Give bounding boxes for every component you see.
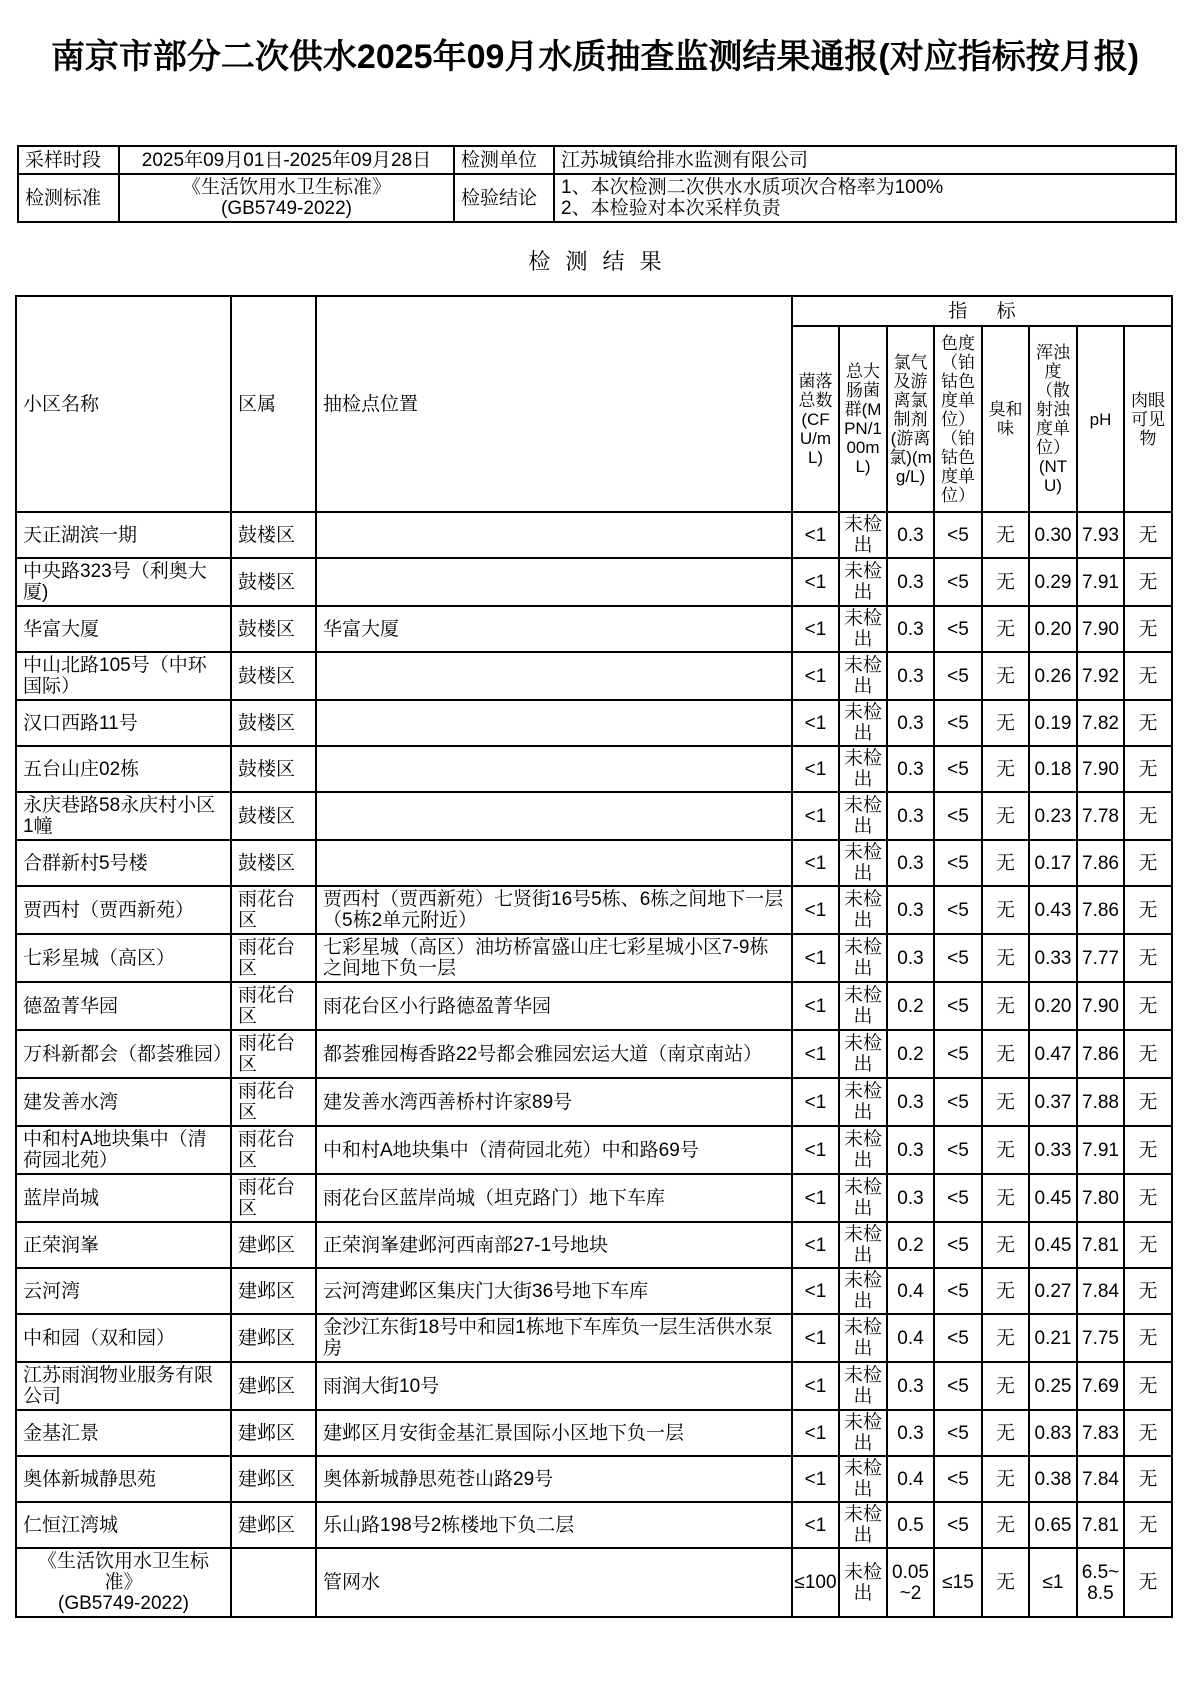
- community-name-cell: 天正湖滨一期: [16, 512, 231, 558]
- testing-agency-label: 检测单位: [454, 146, 554, 174]
- indicator-value-cell: <5: [934, 1410, 982, 1456]
- location-cell: [316, 746, 792, 792]
- indicator-value-cell: 0.3: [887, 1410, 934, 1456]
- indicator-value-cell: 无: [1124, 1410, 1172, 1456]
- community-name-cell: 华富大厦: [16, 606, 231, 652]
- results-table: 小区名称 区属 抽检点位置 指 标 菌落总数(CFU/mL)总大肠菌群(MPN/…: [15, 295, 1173, 1618]
- indicator-value-cell: 未检出: [839, 934, 887, 982]
- community-name-cell: 中山北路105号（中环国际）: [16, 652, 231, 700]
- district-cell: 雨花台区: [231, 1126, 316, 1174]
- indicator-value-cell: 未检出: [839, 792, 887, 840]
- header-row-group: 小区名称 区属 抽检点位置 指 标: [16, 296, 1172, 326]
- standard-value-line2: (GB5749-2022): [126, 198, 447, 219]
- indicator-value-cell: <1: [792, 746, 839, 792]
- table-row: 仁恒江湾城建邺区乐山路198号2栋楼地下负二层<1未检出0.5<5无0.657.…: [16, 1502, 1172, 1548]
- indicator-value-cell: 7.88: [1077, 1078, 1124, 1126]
- community-name-cell: 中央路323号（利奥大厦): [16, 558, 231, 606]
- indicator-value-cell: <5: [934, 512, 982, 558]
- indicator-value-cell: 7.91: [1077, 558, 1124, 606]
- indicator-value-cell: 0.3: [887, 746, 934, 792]
- community-name-cell: 中和园（双和园）: [16, 1314, 231, 1362]
- indicator-value-cell: 0.4: [887, 1268, 934, 1314]
- indicator-value-cell: 无: [982, 1456, 1029, 1502]
- indicator-value-cell: <5: [934, 1222, 982, 1268]
- indicator-value-cell: 7.83: [1077, 1410, 1124, 1456]
- indicator-value-cell: 0.05~2: [887, 1548, 934, 1617]
- district-cell: 鼓楼区: [231, 840, 316, 886]
- location-cell: 金沙江东街18号中和园1栋地下车库负一层生活供水泵房: [316, 1314, 792, 1362]
- indicator-value-cell: <1: [792, 1410, 839, 1456]
- location-cell: 华富大厦: [316, 606, 792, 652]
- indicator-value-cell: 无: [1124, 1548, 1172, 1617]
- indicator-value-cell: 未检出: [839, 1078, 887, 1126]
- indicator-value-cell: 7.86: [1077, 886, 1124, 934]
- indicator-value-cell: <5: [934, 606, 982, 652]
- indicator-header-cell: pH: [1077, 326, 1124, 512]
- table-row: 汉口西路11号鼓楼区<1未检出0.3<5无0.197.82无: [16, 700, 1172, 746]
- indicator-value-cell: 未检出: [839, 1548, 887, 1617]
- indicator-value-cell: 7.82: [1077, 700, 1124, 746]
- location-cell: 云河湾建邺区集庆门大街36号地下车库: [316, 1268, 792, 1314]
- indicator-header-cell: 色度（铂钴色度单位）（铂钴色度单位）: [934, 326, 982, 512]
- community-name-cell: 奥体新城静思苑: [16, 1456, 231, 1502]
- indicator-value-cell: <1: [792, 840, 839, 886]
- indicator-value-cell: <5: [934, 1268, 982, 1314]
- indicator-value-cell: 无: [982, 700, 1029, 746]
- location-cell: [316, 558, 792, 606]
- district-cell: 雨花台区: [231, 886, 316, 934]
- indicator-value-cell: 无: [982, 1502, 1029, 1548]
- indicator-value-cell: 7.81: [1077, 1222, 1124, 1268]
- indicator-value-cell: <1: [792, 1456, 839, 1502]
- indicator-value-cell: <1: [792, 1268, 839, 1314]
- indicator-value-cell: 0.21: [1029, 1314, 1077, 1362]
- table-row: 金基汇景建邺区建邺区月安街金基汇景国际小区地下负一层<1未检出0.3<5无0.8…: [16, 1410, 1172, 1456]
- table-row: 中央路323号（利奥大厦)鼓楼区<1未检出0.3<5无0.297.91无: [16, 558, 1172, 606]
- info-row-sampling: 采样时段 2025年09月01日-2025年09月28日 检测单位 江苏城镇给排…: [18, 146, 1176, 174]
- indicator-value-cell: 无: [1124, 934, 1172, 982]
- indicator-value-cell: 0.30: [1029, 512, 1077, 558]
- indicator-value-cell: 0.25: [1029, 1362, 1077, 1410]
- indicator-value-cell: <1: [792, 1174, 839, 1222]
- table-row: 华富大厦鼓楼区华富大厦<1未检出0.3<5无0.207.90无: [16, 606, 1172, 652]
- indicator-value-cell: 无: [982, 1030, 1029, 1078]
- table-row: 天正湖滨一期鼓楼区<1未检出0.3<5无0.307.93无: [16, 512, 1172, 558]
- indicator-value-cell: 7.77: [1077, 934, 1124, 982]
- location-cell: 正荣润峯建邺河西南部27-1号地块: [316, 1222, 792, 1268]
- indicator-value-cell: 7.80: [1077, 1174, 1124, 1222]
- indicator-value-cell: 0.4: [887, 1314, 934, 1362]
- indicator-value-cell: 未检出: [839, 512, 887, 558]
- location-cell: [316, 792, 792, 840]
- indicator-value-cell: 无: [982, 606, 1029, 652]
- district-cell: 鼓楼区: [231, 746, 316, 792]
- community-name-cell: 江苏雨润物业服务有限公司: [16, 1362, 231, 1410]
- table-row: 合群新村5号楼鼓楼区<1未检出0.3<5无0.177.86无: [16, 840, 1172, 886]
- indicator-value-cell: <1: [792, 512, 839, 558]
- indicator-value-cell: 未检出: [839, 700, 887, 746]
- district-cell: 雨花台区: [231, 982, 316, 1030]
- indicator-value-cell: <5: [934, 1456, 982, 1502]
- district-cell: 建邺区: [231, 1222, 316, 1268]
- community-name-cell: 《生活饮用水卫生标准》 (GB5749-2022): [16, 1548, 231, 1617]
- standard-value-line1: 《生活饮用水卫生标准》: [126, 177, 447, 198]
- indicator-value-cell: ≤100: [792, 1548, 839, 1617]
- district-cell: 建邺区: [231, 1456, 316, 1502]
- indicator-value-cell: 0.19: [1029, 700, 1077, 746]
- location-cell: 都荟雅园梅香路22号都会雅园宏运大道（南京南站）: [316, 1030, 792, 1078]
- community-name-cell: 正荣润峯: [16, 1222, 231, 1268]
- conclusion-line2: 2、本检验对本次采样负责: [561, 198, 1169, 219]
- district-cell: 雨花台区: [231, 1078, 316, 1126]
- indicator-value-cell: 无: [1124, 558, 1172, 606]
- indicator-value-cell: 0.2: [887, 982, 934, 1030]
- indicator-value-cell: 无: [982, 934, 1029, 982]
- testing-agency-value: 江苏城镇给排水监测有限公司: [554, 146, 1176, 174]
- location-cell: 建发善水湾西善桥村许家89号: [316, 1078, 792, 1126]
- indicator-value-cell: <5: [934, 1174, 982, 1222]
- indicator-value-cell: <1: [792, 982, 839, 1030]
- conclusion-line1: 1、本次检测二次供水水质项次合格率为100%: [561, 177, 1169, 198]
- indicator-value-cell: <1: [792, 886, 839, 934]
- indicator-value-cell: 无: [982, 886, 1029, 934]
- indicator-value-cell: 未检出: [839, 1030, 887, 1078]
- district-cell: [231, 1548, 316, 1617]
- indicator-value-cell: 未检出: [839, 1174, 887, 1222]
- indicator-value-cell: <5: [934, 1502, 982, 1548]
- indicator-value-cell: 7.75: [1077, 1314, 1124, 1362]
- table-row: 云河湾建邺区云河湾建邺区集庆门大街36号地下车库<1未检出0.4<5无0.277…: [16, 1268, 1172, 1314]
- indicator-value-cell: 7.86: [1077, 840, 1124, 886]
- page-title: 南京市部分二次供水2025年09月水质抽查监测结果通报(对应指标按月报): [10, 36, 1180, 78]
- table-row: 五台山庄02栋鼓楼区<1未检出0.3<5无0.187.90无: [16, 746, 1172, 792]
- indicator-value-cell: 0.23: [1029, 792, 1077, 840]
- indicator-value-cell: 0.3: [887, 606, 934, 652]
- indicator-value-cell: 未检出: [839, 606, 887, 652]
- indicator-value-cell: <5: [934, 1030, 982, 1078]
- location-cell: 贾西村（贾西新苑）七贤街16号5栋、6栋之间地下一层（5栋2单元附近）: [316, 886, 792, 934]
- table-row: 中山北路105号（中环国际）鼓楼区<1未检出0.3<5无0.267.92无: [16, 652, 1172, 700]
- indicator-value-cell: 无: [1124, 886, 1172, 934]
- indicator-value-cell: 无: [1124, 1174, 1172, 1222]
- community-name-cell: 汉口西路11号: [16, 700, 231, 746]
- indicator-value-cell: <1: [792, 1502, 839, 1548]
- indicator-value-cell: 未检出: [839, 1410, 887, 1456]
- location-cell: [316, 700, 792, 746]
- indicator-header-cell: 总大肠菌群(MPN/100mL): [839, 326, 887, 512]
- community-name-cell: 合群新村5号楼: [16, 840, 231, 886]
- community-name-cell: 万科新都会（都荟雅园）: [16, 1030, 231, 1078]
- indicator-value-cell: 无: [982, 1268, 1029, 1314]
- indicator-value-cell: 0.3: [887, 1126, 934, 1174]
- indicator-value-cell: 无: [1124, 1362, 1172, 1410]
- district-cell: 鼓楼区: [231, 606, 316, 652]
- indicator-value-cell: 无: [982, 792, 1029, 840]
- indicator-value-cell: 无: [1124, 1078, 1172, 1126]
- location-cell: 奥体新城静思苑苍山路29号: [316, 1456, 792, 1502]
- indicator-value-cell: 7.84: [1077, 1268, 1124, 1314]
- indicator-value-cell: 无: [982, 1126, 1029, 1174]
- indicator-header-cell: 菌落总数(CFU/mL): [792, 326, 839, 512]
- community-name-cell: 永庆巷路58永庆村小区1幢: [16, 792, 231, 840]
- indicator-value-cell: 无: [982, 840, 1029, 886]
- standard-label: 检测标准: [18, 174, 119, 222]
- indicator-value-cell: 0.20: [1029, 982, 1077, 1030]
- community-name-cell: 贾西村（贾西新苑）: [16, 886, 231, 934]
- indicator-value-cell: 0.38: [1029, 1456, 1077, 1502]
- indicator-value-cell: <5: [934, 1078, 982, 1126]
- location-cell: 管网水: [316, 1548, 792, 1617]
- location-cell: 建邺区月安街金基汇景国际小区地下负一层: [316, 1410, 792, 1456]
- indicator-value-cell: 0.3: [887, 700, 934, 746]
- indicator-value-cell: 0.65: [1029, 1502, 1077, 1548]
- indicator-value-cell: 7.78: [1077, 792, 1124, 840]
- indicator-value-cell: 0.33: [1029, 1126, 1077, 1174]
- community-name-cell: 建发善水湾: [16, 1078, 231, 1126]
- table-row: 贾西村（贾西新苑）雨花台区贾西村（贾西新苑）七贤街16号5栋、6栋之间地下一层（…: [16, 886, 1172, 934]
- info-table: 采样时段 2025年09月01日-2025年09月28日 检测单位 江苏城镇给排…: [17, 145, 1177, 223]
- indicator-value-cell: 0.43: [1029, 886, 1077, 934]
- indicator-value-cell: 未检出: [839, 982, 887, 1030]
- district-cell: 鼓楼区: [231, 558, 316, 606]
- location-cell: 雨花台区小行路德盈菁华园: [316, 982, 792, 1030]
- indicator-value-cell: <5: [934, 1314, 982, 1362]
- indicator-value-cell: 无: [1124, 1314, 1172, 1362]
- district-cell: 鼓楼区: [231, 792, 316, 840]
- indicator-value-cell: 0.3: [887, 1078, 934, 1126]
- indicator-value-cell: 未检出: [839, 1268, 887, 1314]
- district-cell: 建邺区: [231, 1268, 316, 1314]
- district-cell: 建邺区: [231, 1362, 316, 1410]
- indicator-value-cell: 0.17: [1029, 840, 1077, 886]
- indicator-value-cell: 0.45: [1029, 1222, 1077, 1268]
- indicator-value-cell: 无: [982, 982, 1029, 1030]
- indicator-value-cell: 无: [1124, 1456, 1172, 1502]
- indicator-value-cell: 无: [982, 1222, 1029, 1268]
- location-cell: 乐山路198号2栋楼地下负二层: [316, 1502, 792, 1548]
- col-header-name: 小区名称: [16, 296, 231, 512]
- table-row: 德盈菁华园雨花台区雨花台区小行路德盈菁华园<1未检出0.2<5无0.207.90…: [16, 982, 1172, 1030]
- indicator-value-cell: 7.90: [1077, 982, 1124, 1030]
- district-cell: 鼓楼区: [231, 652, 316, 700]
- indicator-value-cell: 0.3: [887, 934, 934, 982]
- indicator-value-cell: 未检出: [839, 886, 887, 934]
- indicator-value-cell: 7.90: [1077, 606, 1124, 652]
- sampling-period-label: 采样时段: [18, 146, 119, 174]
- location-cell: [316, 840, 792, 886]
- table-row: 蓝岸尚城雨花台区雨花台区蓝岸尚城（坦克路门）地下车库<1未检出0.3<5无0.4…: [16, 1174, 1172, 1222]
- indicator-value-cell: 无: [982, 1314, 1029, 1362]
- indicator-value-cell: 无: [982, 652, 1029, 700]
- indicator-value-cell: <5: [934, 886, 982, 934]
- district-cell: 鼓楼区: [231, 512, 316, 558]
- indicator-value-cell: <1: [792, 934, 839, 982]
- indicator-value-cell: 7.69: [1077, 1362, 1124, 1410]
- indicator-value-cell: 0.2: [887, 1222, 934, 1268]
- location-cell: [316, 652, 792, 700]
- col-header-district: 区属: [231, 296, 316, 512]
- table-row: 七彩星城（高区）雨花台区七彩星城（高区）油坊桥富盛山庄七彩星城小区7-9栋之间地…: [16, 934, 1172, 982]
- indicator-value-cell: 无: [1124, 652, 1172, 700]
- conclusion-label: 检验结论: [454, 174, 554, 222]
- indicator-value-cell: 无: [1124, 1222, 1172, 1268]
- community-name-cell: 五台山庄02栋: [16, 746, 231, 792]
- indicator-value-cell: ≤15: [934, 1548, 982, 1617]
- indicator-value-cell: 0.29: [1029, 558, 1077, 606]
- indicator-value-cell: 未检出: [839, 1222, 887, 1268]
- indicator-value-cell: 未检出: [839, 1314, 887, 1362]
- indicator-value-cell: 无: [982, 1362, 1029, 1410]
- indicator-value-cell: <1: [792, 558, 839, 606]
- location-cell: [316, 512, 792, 558]
- district-cell: 雨花台区: [231, 1030, 316, 1078]
- indicator-value-cell: <1: [792, 606, 839, 652]
- district-cell: 鼓楼区: [231, 700, 316, 746]
- indicator-value-cell: <5: [934, 1126, 982, 1174]
- table-row: 正荣润峯建邺区正荣润峯建邺河西南部27-1号地块<1未检出0.2<5无0.457…: [16, 1222, 1172, 1268]
- indicator-value-cell: <1: [792, 792, 839, 840]
- community-name-cell: 中和村A地块集中（清荷园北苑）: [16, 1126, 231, 1174]
- indicator-value-cell: 0.83: [1029, 1410, 1077, 1456]
- sampling-period-value: 2025年09月01日-2025年09月28日: [119, 146, 454, 174]
- table-row: 《生活饮用水卫生标准》 (GB5749-2022)管网水≤100未检出0.05~…: [16, 1548, 1172, 1617]
- location-cell: 七彩星城（高区）油坊桥富盛山庄七彩星城小区7-9栋之间地下负一层: [316, 934, 792, 982]
- community-name-cell: 德盈菁华园: [16, 982, 231, 1030]
- indicator-value-cell: 无: [982, 512, 1029, 558]
- table-row: 万科新都会（都荟雅园）雨花台区都荟雅园梅香路22号都会雅园宏运大道（南京南站）<…: [16, 1030, 1172, 1078]
- indicator-value-cell: 无: [1124, 746, 1172, 792]
- district-cell: 建邺区: [231, 1502, 316, 1548]
- indicator-header-cell: 臭和味: [982, 326, 1029, 512]
- district-cell: 雨花台区: [231, 1174, 316, 1222]
- indicator-value-cell: 0.27: [1029, 1268, 1077, 1314]
- indicator-value-cell: 0.3: [887, 652, 934, 700]
- indicator-value-cell: 0.4: [887, 1456, 934, 1502]
- indicator-value-cell: <1: [792, 1030, 839, 1078]
- indicator-value-cell: ≤1: [1029, 1548, 1077, 1617]
- table-row: 永庆巷路58永庆村小区1幢鼓楼区<1未检出0.3<5无0.237.78无: [16, 792, 1172, 840]
- location-cell: 雨润大街10号: [316, 1362, 792, 1410]
- indicator-value-cell: <5: [934, 792, 982, 840]
- indicator-value-cell: 0.3: [887, 558, 934, 606]
- indicator-value-cell: 7.81: [1077, 1502, 1124, 1548]
- indicator-value-cell: 0.3: [887, 512, 934, 558]
- indicator-value-cell: 7.92: [1077, 652, 1124, 700]
- indicator-value-cell: 0.3: [887, 1362, 934, 1410]
- col-header-indicator-group: 指 标: [792, 296, 1172, 326]
- indicator-value-cell: <5: [934, 652, 982, 700]
- indicator-value-cell: 未检出: [839, 840, 887, 886]
- indicator-header-cell: 氯气及游离氯制剂(游离氯)(mg/L): [887, 326, 934, 512]
- indicator-value-cell: 0.3: [887, 1174, 934, 1222]
- community-name-cell: 仁恒江湾城: [16, 1502, 231, 1548]
- table-row: 奥体新城静思苑建邺区奥体新城静思苑苍山路29号<1未检出0.4<5无0.387.…: [16, 1456, 1172, 1502]
- indicator-value-cell: 0.45: [1029, 1174, 1077, 1222]
- indicator-value-cell: 未检出: [839, 746, 887, 792]
- indicator-value-cell: 未检出: [839, 558, 887, 606]
- indicator-value-cell: 0.2: [887, 1030, 934, 1078]
- col-header-location: 抽检点位置: [316, 296, 792, 512]
- indicator-value-cell: 7.84: [1077, 1456, 1124, 1502]
- indicator-value-cell: <5: [934, 982, 982, 1030]
- table-row: 中和园（双和园）建邺区金沙江东街18号中和园1栋地下车库负一层生活供水泵房<1未…: [16, 1314, 1172, 1362]
- location-cell: 雨花台区蓝岸尚城（坦克路门）地下车库: [316, 1174, 792, 1222]
- indicator-header-cell: 浑浊度（散射浊度单位）(NTU): [1029, 326, 1077, 512]
- indicator-value-cell: 0.20: [1029, 606, 1077, 652]
- indicator-value-cell: 无: [1124, 512, 1172, 558]
- indicator-value-cell: 无: [1124, 840, 1172, 886]
- district-cell: 建邺区: [231, 1410, 316, 1456]
- indicator-value-cell: 无: [982, 1410, 1029, 1456]
- indicator-value-cell: 0.3: [887, 886, 934, 934]
- indicator-value-cell: <5: [934, 558, 982, 606]
- indicator-value-cell: 未检出: [839, 1502, 887, 1548]
- indicator-value-cell: <1: [792, 1126, 839, 1174]
- section-title: 检 测 结 果: [0, 249, 1190, 275]
- indicator-value-cell: 未检出: [839, 652, 887, 700]
- indicator-value-cell: <5: [934, 934, 982, 982]
- indicator-value-cell: 无: [1124, 700, 1172, 746]
- conclusion-value: 1、本次检测二次供水水质项次合格率为100% 2、本检验对本次采样负责: [554, 174, 1176, 222]
- indicator-value-cell: 无: [1124, 1030, 1172, 1078]
- indicator-value-cell: <1: [792, 700, 839, 746]
- indicator-value-cell: 0.3: [887, 792, 934, 840]
- indicator-value-cell: 无: [1124, 1502, 1172, 1548]
- location-cell: 中和村A地块集中（清荷园北苑）中和路69号: [316, 1126, 792, 1174]
- indicator-value-cell: 无: [1124, 1268, 1172, 1314]
- indicator-value-cell: 未检出: [839, 1126, 887, 1174]
- indicator-value-cell: 无: [1124, 606, 1172, 652]
- standard-value: 《生活饮用水卫生标准》 (GB5749-2022): [119, 174, 454, 222]
- indicator-value-cell: 无: [1124, 982, 1172, 1030]
- indicator-value-cell: 0.47: [1029, 1030, 1077, 1078]
- indicator-value-cell: 7.86: [1077, 1030, 1124, 1078]
- community-name-cell: 蓝岸尚城: [16, 1174, 231, 1222]
- indicator-header-cell: 肉眼可见物: [1124, 326, 1172, 512]
- community-name-cell: 云河湾: [16, 1268, 231, 1314]
- indicator-value-cell: 0.18: [1029, 746, 1077, 792]
- indicator-value-cell: <1: [792, 1362, 839, 1410]
- table-row: 建发善水湾雨花台区建发善水湾西善桥村许家89号<1未检出0.3<5无0.377.…: [16, 1078, 1172, 1126]
- indicator-value-cell: 6.5~8.5: [1077, 1548, 1124, 1617]
- indicator-value-cell: <5: [934, 840, 982, 886]
- district-cell: 建邺区: [231, 1314, 316, 1362]
- indicator-value-cell: 7.90: [1077, 746, 1124, 792]
- indicator-value-cell: 7.91: [1077, 1126, 1124, 1174]
- indicator-value-cell: <5: [934, 700, 982, 746]
- indicator-value-cell: 无: [982, 1548, 1029, 1617]
- table-row: 江苏雨润物业服务有限公司建邺区雨润大街10号<1未检出0.3<5无0.257.6…: [16, 1362, 1172, 1410]
- indicator-value-cell: 无: [982, 558, 1029, 606]
- indicator-value-cell: <1: [792, 652, 839, 700]
- table-row: 中和村A地块集中（清荷园北苑）雨花台区中和村A地块集中（清荷园北苑）中和路69号…: [16, 1126, 1172, 1174]
- indicator-value-cell: 无: [982, 1078, 1029, 1126]
- indicator-value-cell: <5: [934, 746, 982, 792]
- indicator-value-cell: 无: [1124, 792, 1172, 840]
- indicator-value-cell: 0.26: [1029, 652, 1077, 700]
- indicator-value-cell: <1: [792, 1314, 839, 1362]
- indicator-value-cell: 未检出: [839, 1456, 887, 1502]
- indicator-value-cell: 未检出: [839, 1362, 887, 1410]
- indicator-value-cell: 无: [982, 746, 1029, 792]
- info-row-standard: 检测标准 《生活饮用水卫生标准》 (GB5749-2022) 检验结论 1、本次…: [18, 174, 1176, 222]
- indicator-value-cell: 0.3: [887, 840, 934, 886]
- community-name-cell: 七彩星城（高区）: [16, 934, 231, 982]
- indicator-value-cell: <1: [792, 1078, 839, 1126]
- indicator-value-cell: 0.5: [887, 1502, 934, 1548]
- indicator-value-cell: 无: [982, 1174, 1029, 1222]
- indicator-value-cell: 无: [1124, 1126, 1172, 1174]
